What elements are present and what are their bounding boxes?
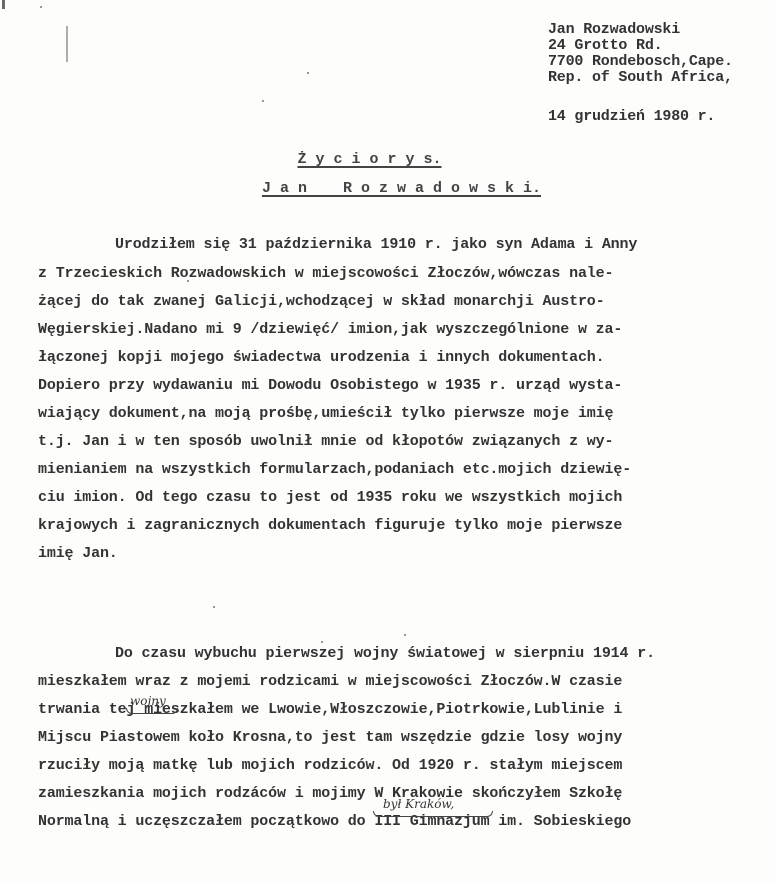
letter-date: 14 grudzień 1980 r. bbox=[548, 108, 715, 125]
sender-address-line-2: 7700 Rondebosch,Cape. bbox=[548, 53, 733, 70]
margin-mark bbox=[2, 0, 5, 9]
body-line: zamieszkania mojich rodzáców i mojimy W … bbox=[38, 785, 622, 802]
body-line: Urodziłem się 31 października 1910 r. ja… bbox=[115, 236, 637, 253]
body-line: Mijscu Piastowem koło Krosna,to jest tam… bbox=[38, 729, 622, 746]
handwritten-brace bbox=[373, 811, 493, 817]
paper-speck bbox=[213, 606, 215, 608]
body-line: mienianiem na wszystkich formularzach,po… bbox=[38, 461, 631, 478]
handwritten-note-wojny: wojny bbox=[130, 694, 166, 708]
body-line: wiający dokument,na moją prośbę,umieścił… bbox=[38, 405, 613, 422]
paper-speck bbox=[40, 6, 42, 8]
body-line: żącej do tak zwanej Galicji,wchodzącej w… bbox=[38, 293, 605, 310]
body-line: Do czasu wybuchu pierwszej wojny światow… bbox=[115, 645, 655, 662]
typewritten-letter-page: Jan Rozwadowski 24 Grotto Rd. 7700 Ronde… bbox=[0, 0, 775, 882]
handwritten-note-byl-krakow: był Kraków, bbox=[383, 797, 454, 811]
body-line: mieszkałem wraz z mojemi rodzicami w mie… bbox=[38, 673, 622, 690]
document-subtitle-name: J a n R o z w a d o w s k i. bbox=[14, 180, 775, 197]
sender-address-line-3: Rep. of South Africa, bbox=[548, 69, 733, 86]
paper-speck bbox=[187, 280, 189, 282]
body-line: ciu imion. Od tego czasu to jest od 1935… bbox=[38, 489, 622, 506]
body-line: z Trzecieskich Rozwadowskich w miejscowo… bbox=[38, 265, 613, 282]
paper-speck bbox=[262, 100, 264, 102]
body-line: Normalną i uczęszczałem początkowo do II… bbox=[38, 813, 631, 830]
body-line: Węgierskiej.Nadano mi 9 /dziewięć/ imion… bbox=[38, 321, 622, 338]
sender-name: Jan Rozwadowski bbox=[548, 21, 680, 38]
document-title: Ż y c i o r y s. bbox=[0, 151, 757, 168]
body-line: imię Jan. bbox=[38, 545, 118, 562]
sender-address-block: Jan Rozwadowski 24 Grotto Rd. 7700 Ronde… bbox=[548, 22, 733, 86]
body-line: t.j. Jan i w ten sposób uwolnił mnie od … bbox=[38, 433, 613, 450]
body-line: Dopiero przy wydawaniu mi Dowodu Osobist… bbox=[38, 377, 622, 394]
handwritten-brace bbox=[126, 708, 178, 714]
sender-address-line-1: 24 Grotto Rd. bbox=[548, 37, 662, 54]
paper-speck bbox=[404, 634, 406, 636]
body-line: rzuciły moją matkę lub mojich rodziców. … bbox=[38, 757, 622, 774]
paper-speck bbox=[307, 72, 309, 74]
margin-mark bbox=[66, 26, 68, 62]
paper-speck bbox=[321, 641, 323, 643]
body-line: krajowych i zagranicznych dokumentach fi… bbox=[38, 517, 622, 534]
body-line: łączonej kopji mojego świadectwa urodzen… bbox=[38, 349, 605, 366]
